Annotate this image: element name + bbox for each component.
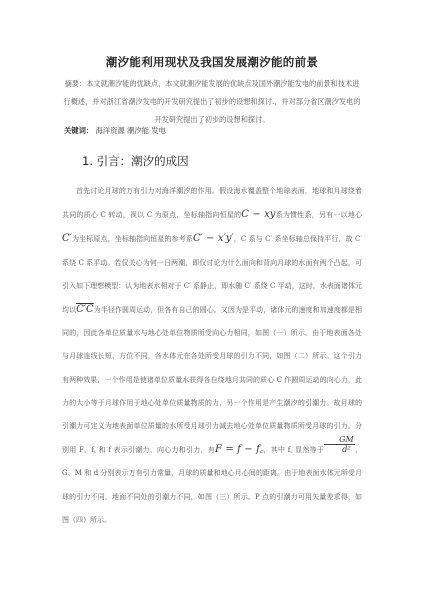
formula-earth-center: C′ — [62, 233, 72, 244]
formula-inertial-frame: C − xy — [241, 209, 275, 220]
text-run: 为半径作圆周运动，但各有自己的圆心。又因为是平动，诸体元的速度和加速度都是相同的… — [62, 306, 362, 454]
keywords: 关键词： 海洋资源 潮汐能 发电 — [64, 126, 166, 136]
text-run: ，C 系与 C′ 系坐标轴总保持平行，故 C′ 系绕 C 系平动。若仅关心为何一… — [62, 235, 362, 314]
fraction-numerator: GM — [324, 435, 355, 445]
text-run: 系为惯性系，另有一以地心 — [275, 211, 362, 219]
section-heading: 1. 引言：潮汐的成因 — [82, 153, 189, 169]
formula-reference-frame: C′ − x′y′ — [193, 233, 234, 244]
fraction-denominator: d² — [324, 445, 355, 454]
keywords-label: 关键词： — [64, 126, 93, 135]
text-run: ，其中 f꜀ 显然等于 — [263, 446, 324, 454]
document-page: 潮汐能利用现状及我国发展潮汐能的前景 摘要：本文就潮汐能的优缺点，本文就潮汐能发… — [0, 0, 424, 600]
text-run: ，G、M 和 d 分别表示万有引力常量，月球的质量和地心月心间的距离。由于地表面… — [62, 446, 362, 524]
text-run: 为坐标原点，坐标轴指向恒星的参考系 — [72, 235, 193, 243]
formula-gm-over-d2: GMd² — [324, 435, 355, 454]
abstract: 摘要：本文就潮汐能的优缺点，本文就潮汐能发展的优缺点及国外潮汐能发电的前景和技术… — [62, 75, 362, 129]
formula-radius: C′C — [76, 304, 94, 315]
formula-tidal-force: F = f − f꜀ — [215, 444, 263, 455]
body-text: 首先讨论月球的万有引力对海洋潮汐的作用。假设海水覆盖整个地球表面，地球和月球绕着… — [62, 180, 362, 532]
paragraph: 首先讨论月球的万有引力对海洋潮汐的作用。假设海水覆盖整个地球表面，地球和月球绕着… — [62, 180, 362, 532]
document-title: 潮汐能利用现状及我国发展潮汐能的前景 — [0, 54, 424, 70]
keywords-list: 海洋资源 潮汐能 发电 — [96, 126, 166, 135]
